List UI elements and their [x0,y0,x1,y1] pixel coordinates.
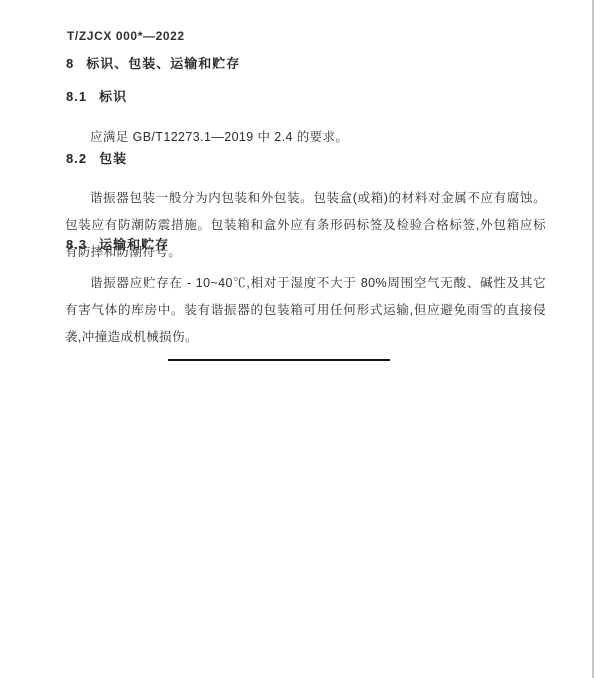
clause-8-2-heading: 8.2包装 [66,148,127,167]
clause-8-1-number: 8.1 [66,89,87,104]
standard-number-header: T/ZJCX 000*—2022 [67,29,185,43]
clause-8-2-paragraph: 谐振器包装一般分为内包装和外包装。包装盒(或箱)的材料对金属不应有腐蚀。包装应有… [65,185,546,266]
document-end-rule [168,359,390,361]
clause-8-2-title: 包装 [99,151,127,166]
clause-8-title: 标识、包装、运输和贮存 [86,56,240,71]
clause-8-3-heading: 8.3运输和贮存 [66,234,169,253]
clause-8-1-paragraph: 应满足 GB/T12273.1—2019 中 2.4 的要求。 [65,124,546,151]
clause-8-number: 8 [66,56,74,71]
clause-8-2-number: 8.2 [66,151,87,166]
document-page: T/ZJCX 000*—2022 8标识、包装、运输和贮存 8.1标识 应满足 … [0,0,596,678]
clause-8-3-paragraph: 谐振器应贮存在 - 10~40℃,相对于湿度不大于 80%周围空气无酸、碱性及其… [65,270,546,351]
clause-8-heading: 8标识、包装、运输和贮存 [66,53,240,72]
clause-8-3-number: 8.3 [66,237,87,252]
page-edge-border [592,0,594,678]
clause-8-1-title: 标识 [99,89,127,104]
clause-8-3-title: 运输和贮存 [99,237,169,252]
clause-8-1-heading: 8.1标识 [66,86,127,105]
